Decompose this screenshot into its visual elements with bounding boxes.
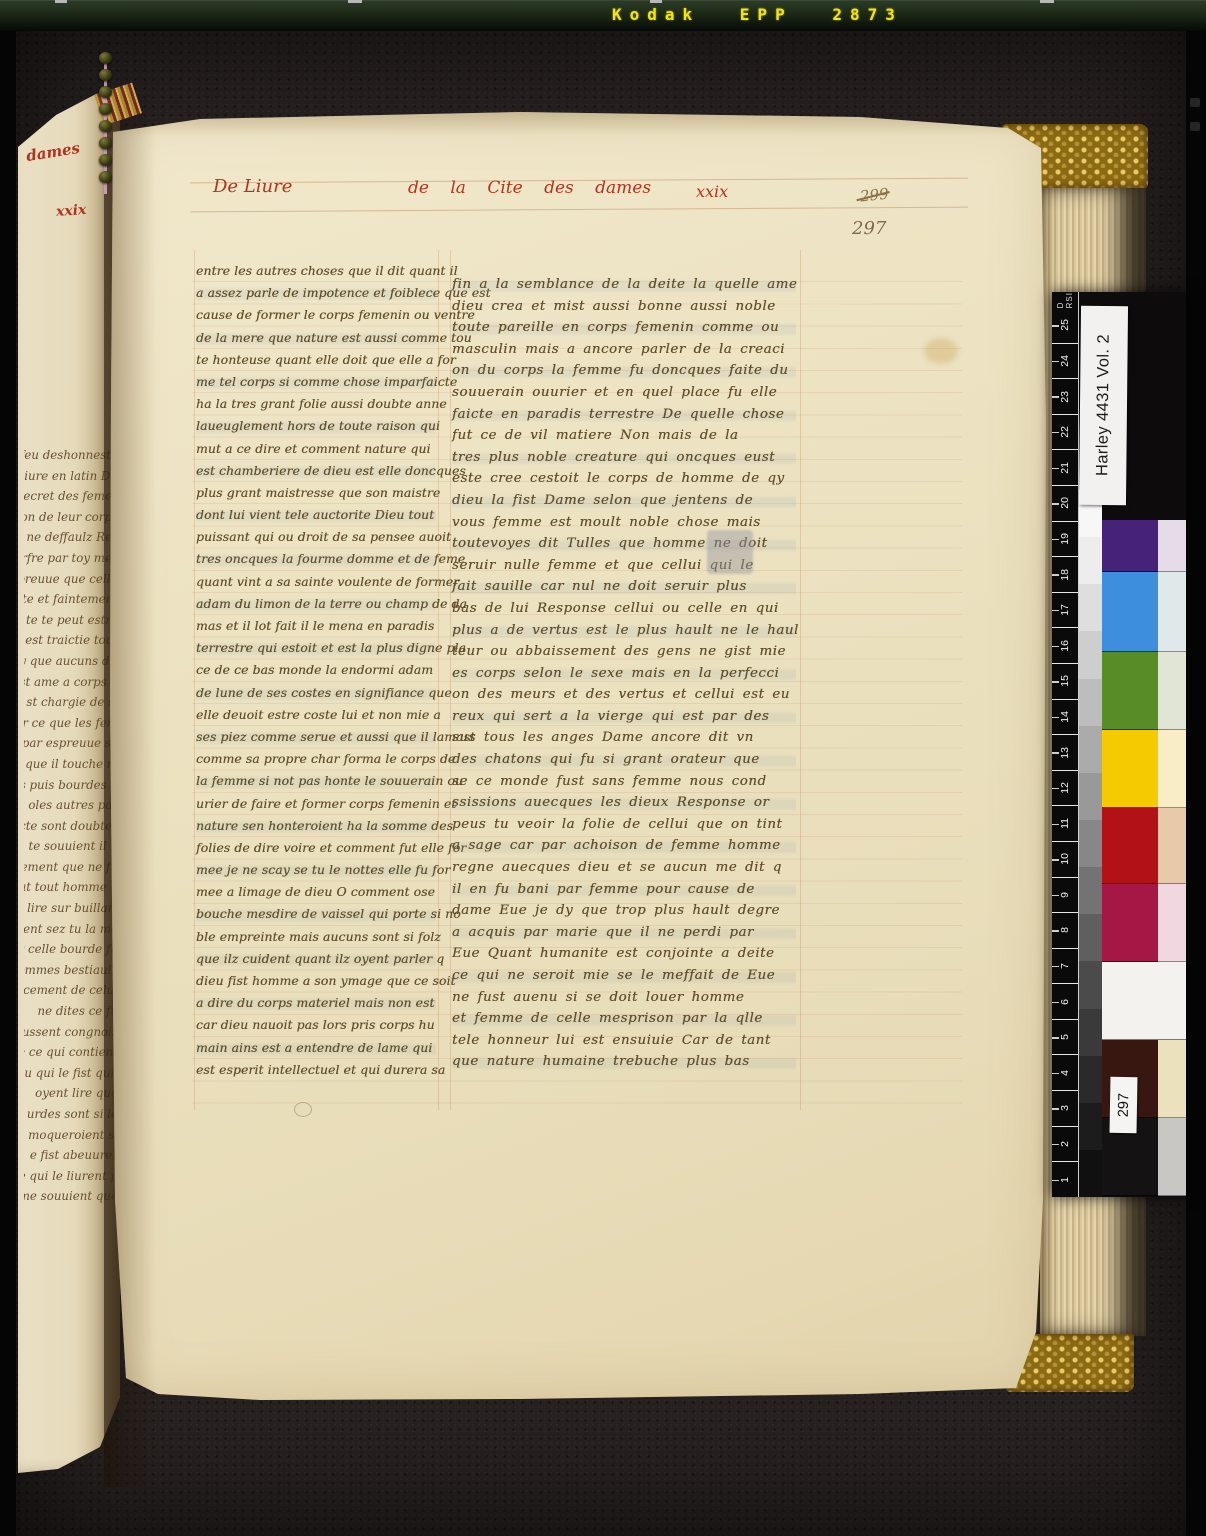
gray-step <box>1079 584 1102 631</box>
parchment-stain <box>924 338 958 364</box>
color-patch-white <box>1102 962 1186 1040</box>
gray-step <box>1079 1056 1102 1103</box>
patch-row <box>1102 808 1186 884</box>
manuscript-line: laueuglement hors de toute raison qui <box>196 415 436 437</box>
gray-step <box>1079 726 1102 773</box>
manuscript-line: toute pareille en corps femenin comme ou <box>452 317 796 339</box>
color-patch-green <box>1102 652 1158 730</box>
manuscript-line: est chamberiere de dieu est elle doncque… <box>196 460 436 482</box>
chain-bead <box>99 52 112 64</box>
chapter-numeral: xxix <box>696 182 728 201</box>
gray-step <box>1079 537 1102 584</box>
manuscript-line: nature sen honteroient ha la somme des <box>196 815 436 837</box>
manuscript-line: masculin mais a ancore parler de la crea… <box>452 339 796 361</box>
manuscript-line: dame Eue je dy que trop plus hault degre <box>452 900 796 922</box>
manuscript-line: mas et il lot fait il le mena en paradis <box>196 615 436 637</box>
ruler-tick: 3 <box>1052 1091 1078 1127</box>
film-edge-tick <box>55 0 67 3</box>
text-column-left: entre les autres choses que il dit quant… <box>196 260 436 1081</box>
manuscript-line: fut ce de vil matiere Non mais de la <box>452 425 796 447</box>
manuscript-line: folies de dire voire et comment fut elle… <box>196 837 436 859</box>
manuscript-line: que ilz cuident quant ilz oyent parler q <box>196 948 436 970</box>
manuscript-line: ssissions auecques les dieux Response or <box>452 792 796 814</box>
film-stock-label: Kodak EPP 2873 <box>612 5 903 24</box>
color-patch-red <box>1102 808 1158 884</box>
manuscript-line: que nature humaine trebuche plus bas <box>452 1051 796 1073</box>
manuscript-line: bas de lui Response cellui ou celle en q… <box>452 598 796 620</box>
ruler-tick: 7 <box>1052 949 1078 985</box>
manuscript-line: car dieu nauoit pas lors pris corps hu <box>196 1014 436 1036</box>
facing-rubric-fragment: dames <box>25 139 81 165</box>
chain-bead <box>99 103 112 115</box>
manuscript-line: peus tu veoir la folie de cellui que on … <box>452 814 796 836</box>
chain-bead <box>99 171 112 183</box>
ruler-tick: 21 <box>1052 450 1078 486</box>
gray-step <box>1079 820 1102 867</box>
manuscript-line: il en fu bani par femme pour cause de <box>452 879 796 901</box>
running-header-left: De Liure <box>213 176 292 197</box>
manuscript-line: ce de ce bas monde la endormi adam <box>196 659 436 681</box>
chain-bead <box>99 154 112 166</box>
ruler-tick: 8 <box>1052 913 1078 949</box>
manuscript-line: comme sa propre char forma le corps de <box>196 748 436 770</box>
color-patch-purple-tint <box>1158 520 1186 572</box>
patch-row <box>1102 520 1186 572</box>
gray-step <box>1079 679 1102 726</box>
ruler-tick: 6 <box>1052 984 1078 1020</box>
ruler-tick: 15 <box>1052 664 1078 700</box>
parchment-repair-patch <box>707 530 753 574</box>
ruling-line <box>190 207 968 213</box>
patch-row <box>1102 884 1186 962</box>
ruler-tick: 9 <box>1052 878 1078 914</box>
ruler-tick: 4 <box>1052 1055 1078 1091</box>
film-frame-right <box>1186 30 1206 1536</box>
ruler-tick: 16 <box>1052 628 1078 664</box>
film-edge-mark <box>1190 122 1200 131</box>
manuscript-page: De Liure de la Cite des dames xxix 299 2… <box>108 110 1048 1402</box>
gray-step <box>1079 961 1102 1008</box>
manuscript-line: adam du limon de la terre ou champ de da <box>196 593 436 615</box>
manuscript-line: ses piez comme serue et aussi que il lam… <box>196 726 436 748</box>
ruler-tick: 24 <box>1052 344 1078 380</box>
chain-bead <box>99 69 112 81</box>
manuscript-line: se ce monde fust sans femme nous cond <box>452 771 796 793</box>
patch-row <box>1102 730 1186 808</box>
color-patch-blue <box>1102 572 1158 652</box>
manuscript-line: cause de former le corps femenin ou vent… <box>196 304 436 326</box>
manuscript-line: de lune de ses costes en signifiance que <box>196 682 436 704</box>
ruler-tick: 22 <box>1052 415 1078 451</box>
ruler-tick: 19 <box>1052 522 1078 558</box>
manuscript-line: tres oncques la fourme domme et de feme <box>196 548 436 570</box>
manuscript-line: quant vint a sa sainte voulente de forme… <box>196 571 436 593</box>
manuscript-line: este cree cestoit le corps de homme de q… <box>452 468 796 490</box>
color-patch-brown-tint <box>1158 1040 1186 1118</box>
color-patch-purple <box>1102 520 1158 572</box>
film-edge-tick <box>650 0 662 3</box>
folio-number: 297 <box>852 218 886 239</box>
chain-bead <box>99 120 112 132</box>
manuscript-line: ha la tres grant folie aussi doubte anne <box>196 393 436 415</box>
ruler-tick: 23 <box>1052 379 1078 415</box>
gray-step <box>1079 1150 1102 1197</box>
running-header-center: de la Cite des dames <box>408 178 651 198</box>
film-edge-mark <box>1190 98 1200 107</box>
photograph-of-manuscript: Kodak EPP 2873 dames xxix s en feu desho… <box>0 0 1206 1536</box>
ruling-line <box>194 250 195 1110</box>
patch-row <box>1102 962 1186 1040</box>
gray-step <box>1079 914 1102 961</box>
shelfmark-label: Harley 4431 Vol. 2 <box>1079 306 1128 505</box>
manuscript-line: on du corps la femme fu doncques faite d… <box>452 360 796 382</box>
manuscript-line: dont lui vient tele auctorite Dieu tout <box>196 504 436 526</box>
manuscript-line: ne fust auenu si se doit louer homme <box>452 987 796 1009</box>
film-frame-left <box>0 30 16 1536</box>
manuscript-line: souuerain ouurier et en quel place fu el… <box>452 382 796 404</box>
folio-number-crossed-out: 299 <box>859 185 889 206</box>
manuscript-line: reux qui sert a la vierge qui est par de… <box>452 706 796 728</box>
manuscript-line: ble empreinte mais aucuns sont si folz <box>196 926 436 948</box>
color-patch-yellow-tint <box>1158 730 1186 808</box>
manuscript-line: me tel corps si comme chose imparfaicte <box>196 371 436 393</box>
manuscript-line: urier de faire et former corps femenin e… <box>196 793 436 815</box>
grayscale-wedge <box>1079 490 1102 1197</box>
ruler-tick: 14 <box>1052 700 1078 736</box>
manuscript-line: est esperit intellectuel et qui durera s… <box>196 1059 436 1081</box>
manuscript-line: plus grant maistresse que son maistre <box>196 482 436 504</box>
manuscript-line: Eue Quant humanite est conjointe a deite <box>452 943 796 965</box>
manuscript-line: plus a de vertus est le plus hault ne le… <box>452 620 796 642</box>
film-top-strip <box>0 0 1206 31</box>
manuscript-line: et femme de celle mesprison par la qlle <box>452 1008 796 1030</box>
manuscript-line: ce qui ne seroit mie se le meffait de Eu… <box>452 965 796 987</box>
chain-bead <box>99 86 112 98</box>
manuscript-line: te honteuse quant elle doit que elle a f… <box>196 349 436 371</box>
color-patch-blue-tint <box>1158 572 1186 652</box>
calibration-ruler: D RSI 2524232221201918171615141312111098… <box>1052 292 1079 1197</box>
color-patch-red-tint <box>1158 808 1186 884</box>
manuscript-line: a acquis par marie que il ne perdi par <box>452 922 796 944</box>
manuscript-line: fait sauille car nul ne doit seruir plus <box>452 576 796 598</box>
manuscript-line: regne auecques dieu et se aucun me dit q <box>452 857 796 879</box>
manuscript-line: tele honneur lui est ensuiuie Car de tan… <box>452 1030 796 1052</box>
manuscript-line: sus tous les anges Dame ancore dit vn <box>452 727 796 749</box>
ruler-tick: 18 <box>1052 557 1078 593</box>
manuscript-line: a dire du corps materiel mais non est <box>196 992 436 1014</box>
manuscript-line: dieu la fist Dame selon que jentens de <box>452 490 796 512</box>
ruler-tick: 2 <box>1052 1127 1078 1163</box>
color-calibration-bar: D RSI 2524232221201918171615141312111098… <box>1052 292 1186 1197</box>
manuscript-line: mee je ne scay se tu le nottes elle fu f… <box>196 859 436 881</box>
gray-step <box>1079 1009 1102 1056</box>
manuscript-line: dieu fist homme a son ymage que ce soit <box>196 970 436 992</box>
facing-chapter-numeral: xxix <box>55 202 86 220</box>
film-edge-tick <box>348 0 362 3</box>
ruler-tick: 11 <box>1052 806 1078 842</box>
manuscript-line: main ains est a entendre de lame qui <box>196 1037 436 1059</box>
ruler-tick: 20 <box>1052 486 1078 522</box>
gray-step <box>1079 867 1102 914</box>
chain-bead <box>99 137 112 149</box>
manuscript-line: a sage car par achoison de femme homme <box>452 835 796 857</box>
manuscript-line: des chatons qui fu si grant orateur que <box>452 749 796 771</box>
gray-step <box>1079 773 1102 820</box>
ruling-line <box>800 250 801 1110</box>
manuscript-line: mee a limage de dieu O comment ose <box>196 881 436 903</box>
manuscript-line: bouche mesdire de vaissel qui porte si n… <box>196 903 436 925</box>
color-patch-crimson <box>1102 884 1158 962</box>
parchment-flaw <box>294 1102 312 1117</box>
color-patch-yellow <box>1102 730 1158 808</box>
text-column-right: fin a la semblance de la deite la quelle… <box>452 274 796 1073</box>
manuscript-line: elle deuoit estre coste lui et non mie a <box>196 704 436 726</box>
gray-step <box>1079 1103 1102 1150</box>
ruler-tick: 17 <box>1052 593 1078 629</box>
ruler-top-label: D RSI <box>1052 292 1078 308</box>
ruler-tick: 5 <box>1052 1020 1078 1056</box>
manuscript-line: la femme si not pas honte le souuerain o… <box>196 770 436 792</box>
folio-sticker: 297 <box>1110 1077 1138 1133</box>
ruler-tick: 1 <box>1052 1162 1078 1197</box>
patch-row <box>1102 572 1186 652</box>
manuscript-line: mut a ce dire et comment nature qui <box>196 438 436 460</box>
manuscript-line: puissant qui ou droit de sa pensee auoit <box>196 526 436 548</box>
gray-step <box>1079 631 1102 678</box>
color-patch-crimson-tint <box>1158 884 1186 962</box>
film-edge-tick <box>1040 0 1054 3</box>
manuscript-line: a assez parle de impotence et foiblece q… <box>196 282 436 304</box>
manuscript-line: faicte en paradis terrestre De quelle ch… <box>452 404 796 426</box>
manuscript-line: es corps selon le sexe mais en la perfec… <box>452 663 796 685</box>
manuscript-line: de la mere que nature est aussi comme to… <box>196 327 436 349</box>
manuscript-line: on des meurs et des vertus et cellui est… <box>452 684 796 706</box>
manuscript-line: teur ou abbaissement des gens ne gist mi… <box>452 641 796 663</box>
manuscript-line: entre les autres choses que il dit quant… <box>196 260 436 282</box>
manuscript-line: dieu crea et mist aussi bonne aussi nobl… <box>452 296 796 318</box>
ruler-tick: 10 <box>1052 842 1078 878</box>
ruler-tick: 25 <box>1052 308 1078 344</box>
color-patch-green-tint <box>1158 652 1186 730</box>
ruler-tick: 13 <box>1052 735 1078 771</box>
manuscript-line: terrestre qui estoit et est la plus dign… <box>196 637 436 659</box>
patch-row <box>1102 652 1186 730</box>
manuscript-line: tres plus noble creature qui oncques eus… <box>452 447 796 469</box>
manuscript-line: fin a la semblance de la deite la quelle… <box>452 274 796 296</box>
color-patch-black-tint <box>1158 1118 1186 1196</box>
ruler-tick: 12 <box>1052 771 1078 807</box>
